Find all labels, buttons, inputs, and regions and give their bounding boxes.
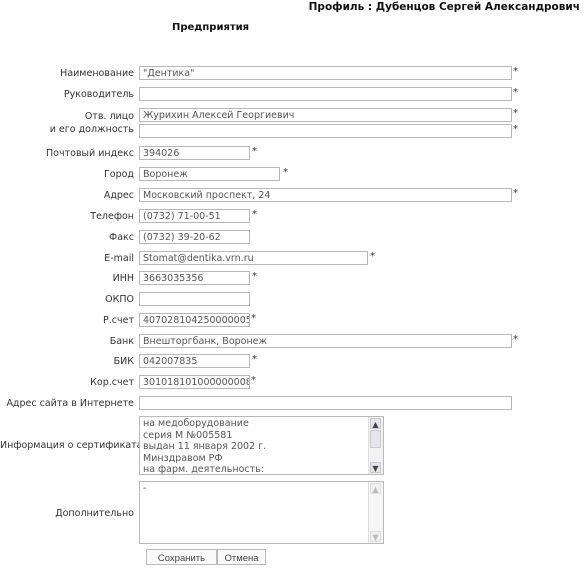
zip-label: Почтовый индекс bbox=[0, 148, 134, 159]
email-input[interactable]: Stomat@dentika.vrn.ru bbox=[139, 251, 368, 265]
director-input[interactable] bbox=[139, 87, 512, 101]
bank-label: Банк bbox=[0, 336, 134, 347]
name-input[interactable]: "Дентика" bbox=[139, 66, 512, 80]
save-button[interactable]: Сохранить bbox=[146, 549, 217, 565]
cancel-button[interactable]: Отмена bbox=[217, 549, 266, 565]
required-mark: * bbox=[513, 108, 518, 119]
okpo-label: ОКПО bbox=[0, 294, 134, 305]
required-mark: * bbox=[252, 354, 257, 365]
page-title: Предприятия bbox=[172, 22, 249, 33]
required-mark: * bbox=[252, 209, 257, 220]
profile-header: Профиль : Дубенцов Сергей Александрович bbox=[309, 1, 580, 13]
city-input[interactable]: Воронеж bbox=[139, 167, 280, 181]
bik-label: БИК bbox=[0, 356, 134, 367]
position-input[interactable] bbox=[139, 124, 512, 138]
required-mark: * bbox=[283, 167, 288, 178]
email-label: E-mail bbox=[0, 253, 134, 264]
required-mark: * bbox=[251, 375, 256, 386]
corr-account-label: Кор.счет bbox=[0, 377, 134, 388]
scroll-down-icon[interactable]: ▼ bbox=[370, 462, 381, 473]
certificates-label: Информация о сертификатах bbox=[0, 440, 134, 451]
scroll-down-icon[interactable]: ▼ bbox=[370, 531, 381, 542]
required-mark: * bbox=[513, 66, 518, 77]
bank-input[interactable]: Внешторгбанк, Воронеж bbox=[139, 334, 512, 348]
required-mark: * bbox=[252, 271, 257, 282]
scroll-up-icon[interactable]: ▲ bbox=[370, 418, 381, 429]
name-label: Наименование bbox=[0, 68, 134, 79]
additional-label: Дополнительно bbox=[0, 508, 134, 519]
inn-input[interactable]: 3663035356 bbox=[139, 271, 250, 285]
phone-input[interactable]: (0732) 71-00-51 bbox=[139, 209, 250, 223]
account-input[interactable]: 40702810425000000503 bbox=[139, 313, 250, 327]
scroll-thumb[interactable] bbox=[370, 430, 381, 448]
okpo-input[interactable] bbox=[139, 292, 250, 306]
scroll-up-icon[interactable]: ▲ bbox=[370, 483, 381, 494]
website-input[interactable] bbox=[139, 396, 512, 410]
corr-account-input[interactable]: 30101810100000000835 bbox=[139, 375, 250, 389]
director-label: Руководитель bbox=[0, 89, 134, 100]
certificate-line: выдан 11 января 2002 г. bbox=[143, 441, 380, 453]
inn-label: ИНН bbox=[0, 273, 134, 284]
address-input[interactable]: Московский проспект, 24 bbox=[139, 188, 512, 202]
certificates-scrollbar[interactable]: ▲ ▼ bbox=[368, 417, 383, 474]
certificate-line: Минздравом РФ bbox=[143, 453, 380, 465]
required-mark: * bbox=[370, 251, 375, 262]
fax-label: Факс bbox=[0, 232, 134, 243]
required-mark: * bbox=[252, 146, 257, 157]
required-mark: * bbox=[513, 124, 518, 135]
additional-scrollbar[interactable]: ▲ ▼ bbox=[368, 482, 383, 543]
website-label: Адрес сайта в Интернете bbox=[0, 398, 134, 409]
required-mark: * bbox=[251, 313, 256, 324]
additional-textarea[interactable]: - ▲ ▼ bbox=[139, 481, 384, 544]
account-label: Р.счет bbox=[0, 315, 134, 326]
required-mark: * bbox=[513, 87, 518, 98]
position-label: и его должность bbox=[0, 124, 134, 135]
responsible-label: Отв. лицо bbox=[0, 111, 134, 122]
zip-input[interactable]: 394026 bbox=[139, 146, 250, 160]
city-label: Город bbox=[0, 169, 134, 180]
bik-input[interactable]: 042007835 bbox=[139, 354, 250, 368]
responsible-input[interactable]: Журихин Алексей Георгиевич bbox=[139, 108, 512, 122]
fax-input[interactable]: (0732) 39-20-62 bbox=[139, 230, 250, 244]
certificate-line: на фарм. деятельность: bbox=[143, 464, 380, 475]
required-mark: * bbox=[513, 188, 518, 199]
certificates-textarea[interactable]: на медоборудование серия М №005581 выдан… bbox=[139, 416, 384, 475]
address-label: Адрес bbox=[0, 190, 134, 201]
additional-text: - bbox=[143, 483, 380, 495]
certificate-line: на медоборудование bbox=[143, 418, 380, 430]
certificate-line: серия М №005581 bbox=[143, 430, 380, 442]
phone-label: Телефон bbox=[0, 211, 134, 222]
required-mark: * bbox=[513, 334, 518, 345]
